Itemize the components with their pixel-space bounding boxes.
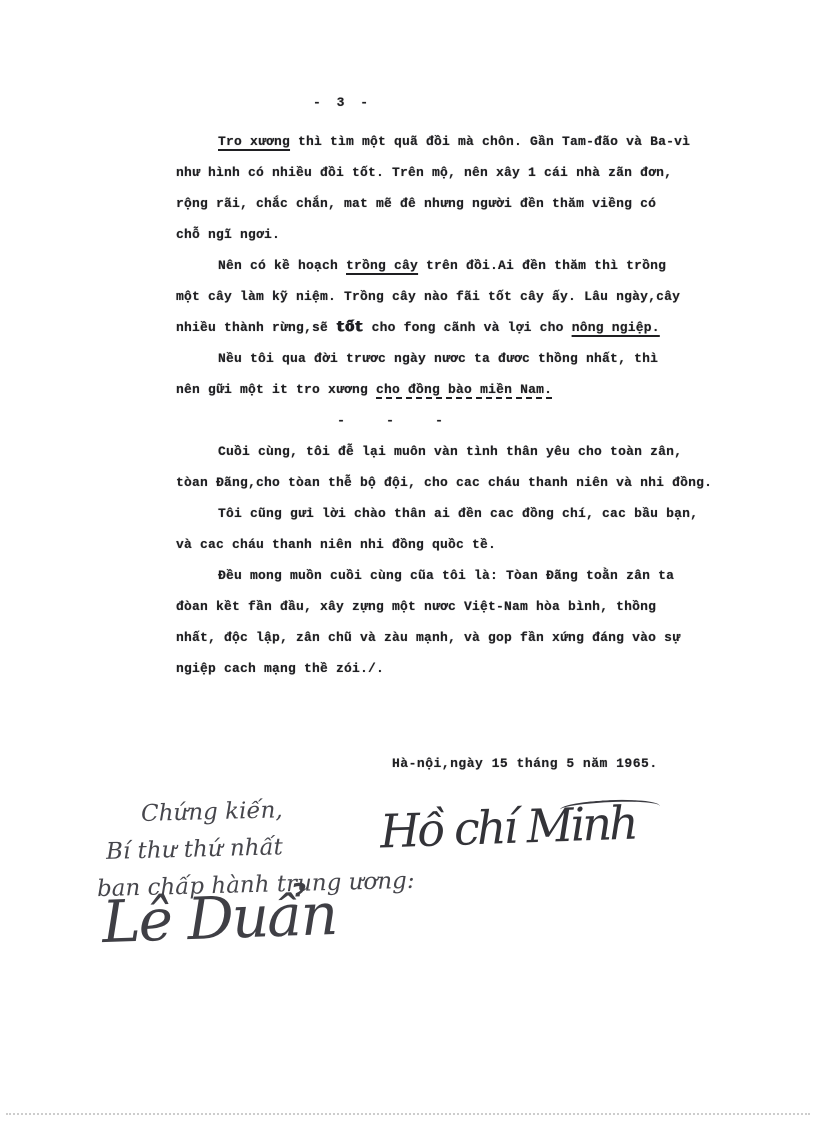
typed-line: tòan Đãng,cho tòan thễ bộ đội, cho cac c… [176, 467, 724, 498]
typed-line: Đều mong muồn cuồi cùng cũa tôi là: Tòan… [176, 560, 724, 591]
typed-body: Tro xương thì tìm một quã đồi mà chôn. G… [176, 126, 724, 684]
typed-line: như hình có nhiều đồi tốt. Trên mộ, nên … [176, 157, 724, 188]
text-run: nhiều thành rừng,sẽ [176, 320, 336, 335]
underlined-phrase: Tro xương [218, 134, 290, 149]
text-run: ngiệp cach mạng thề zói./. [176, 661, 384, 676]
underlined-phrase: cho đồng bào miền Nam. [376, 382, 552, 397]
section-separator: - - - [176, 405, 724, 436]
typed-line: Nều tôi qua đời trươc ngày nươc ta đươc … [176, 343, 724, 374]
overstruck-word: tốt [336, 319, 364, 336]
scanned-document-page: - 3 - Tro xương thì tìm một quã đồi mà c… [0, 0, 816, 1123]
text-run: thì tìm một quã đồi mà chôn. Gần Tam-đão… [290, 134, 690, 149]
typed-line: nên gữi một it tro xương cho đồng bào mi… [176, 374, 724, 405]
typed-line: Tro xương thì tìm một quã đồi mà chôn. G… [176, 126, 724, 157]
typed-line: Tôi cũng gưỉ lời chào thân ai đền cac đồ… [176, 498, 724, 529]
text-run: như hình có nhiều đồi tốt. Trên mộ, nên … [176, 165, 672, 180]
scan-artifact-dotted-line [6, 1113, 810, 1115]
text-run: chỗ ngĩ ngơi. [176, 227, 280, 242]
text-run: - - - [337, 413, 445, 428]
text-run: nhất, độc lập, zân chũ và zàu mạnh, và g… [176, 630, 680, 645]
text-run: Nều tôi qua đời trươc ngày nươc ta đươc … [218, 351, 658, 366]
typed-line: một cây làm kỹ niệm. Trồng cây nào fãi t… [176, 281, 724, 312]
typed-line: ngiệp cach mạng thề zói./. [176, 653, 724, 684]
typed-line: đòan kềt fần đầu, xây zựng một nươc Việt… [176, 591, 724, 622]
typed-line: nhiều thành rừng,sẽ tốt cho fong cãnh và… [176, 312, 724, 343]
text-run: nên gữi một it tro xương [176, 382, 376, 397]
text-run: Cuồi cùng, tôi đễ lại muôn vàn tình thân… [218, 444, 682, 459]
text-run: rộng rãi, chắc chắn, mat mẽ đê nhưng ngư… [176, 196, 656, 211]
text-run: Nên có kề hoạch [218, 258, 346, 273]
text-run: Tôi cũng gưỉ lời chào thân ai đền cac đồ… [218, 506, 698, 521]
witness-signature-le-duan: Lê Duẩn [101, 880, 337, 956]
text-run: trên đồi.Ai đền thăm thì trồng [418, 258, 666, 273]
text-run: cho fong cãnh và lợi cho [364, 320, 572, 335]
underlined-phrase: trồng cây [346, 258, 418, 273]
underlined-phrase: nông ngiệp. [572, 320, 660, 335]
text-run: và cac cháu thanh niên nhi đồng quồc tề. [176, 537, 496, 552]
text-run: một cây làm kỹ niệm. Trồng cây nào fãi t… [176, 289, 680, 304]
dateline: Hà-nội,ngày 15 tháng 5 năm 1965. [392, 756, 658, 771]
page-number: - 3 - [313, 95, 372, 110]
text-run: đòan kềt fần đầu, xây zựng một nươc Việt… [176, 599, 656, 614]
text-run: Đều mong muồn cuồi cùng cũa tôi là: Tòan… [218, 568, 674, 583]
text-run: tòan Đãng,cho tòan thễ bộ đội, cho cac c… [176, 475, 712, 490]
typed-line: chỗ ngĩ ngơi. [176, 219, 724, 250]
typed-line: Cuồi cùng, tôi đễ lại muôn vàn tình thân… [176, 436, 724, 467]
typed-line: và cac cháu thanh niên nhi đồng quồc tề. [176, 529, 724, 560]
typed-line: Nên có kề hoạch trồng cây trên đồi.Ai đề… [176, 250, 724, 281]
typed-line: rộng rãi, chắc chắn, mat mẽ đê nhưng ngư… [176, 188, 724, 219]
typed-line: nhất, độc lập, zân chũ và zàu mạnh, và g… [176, 622, 724, 653]
